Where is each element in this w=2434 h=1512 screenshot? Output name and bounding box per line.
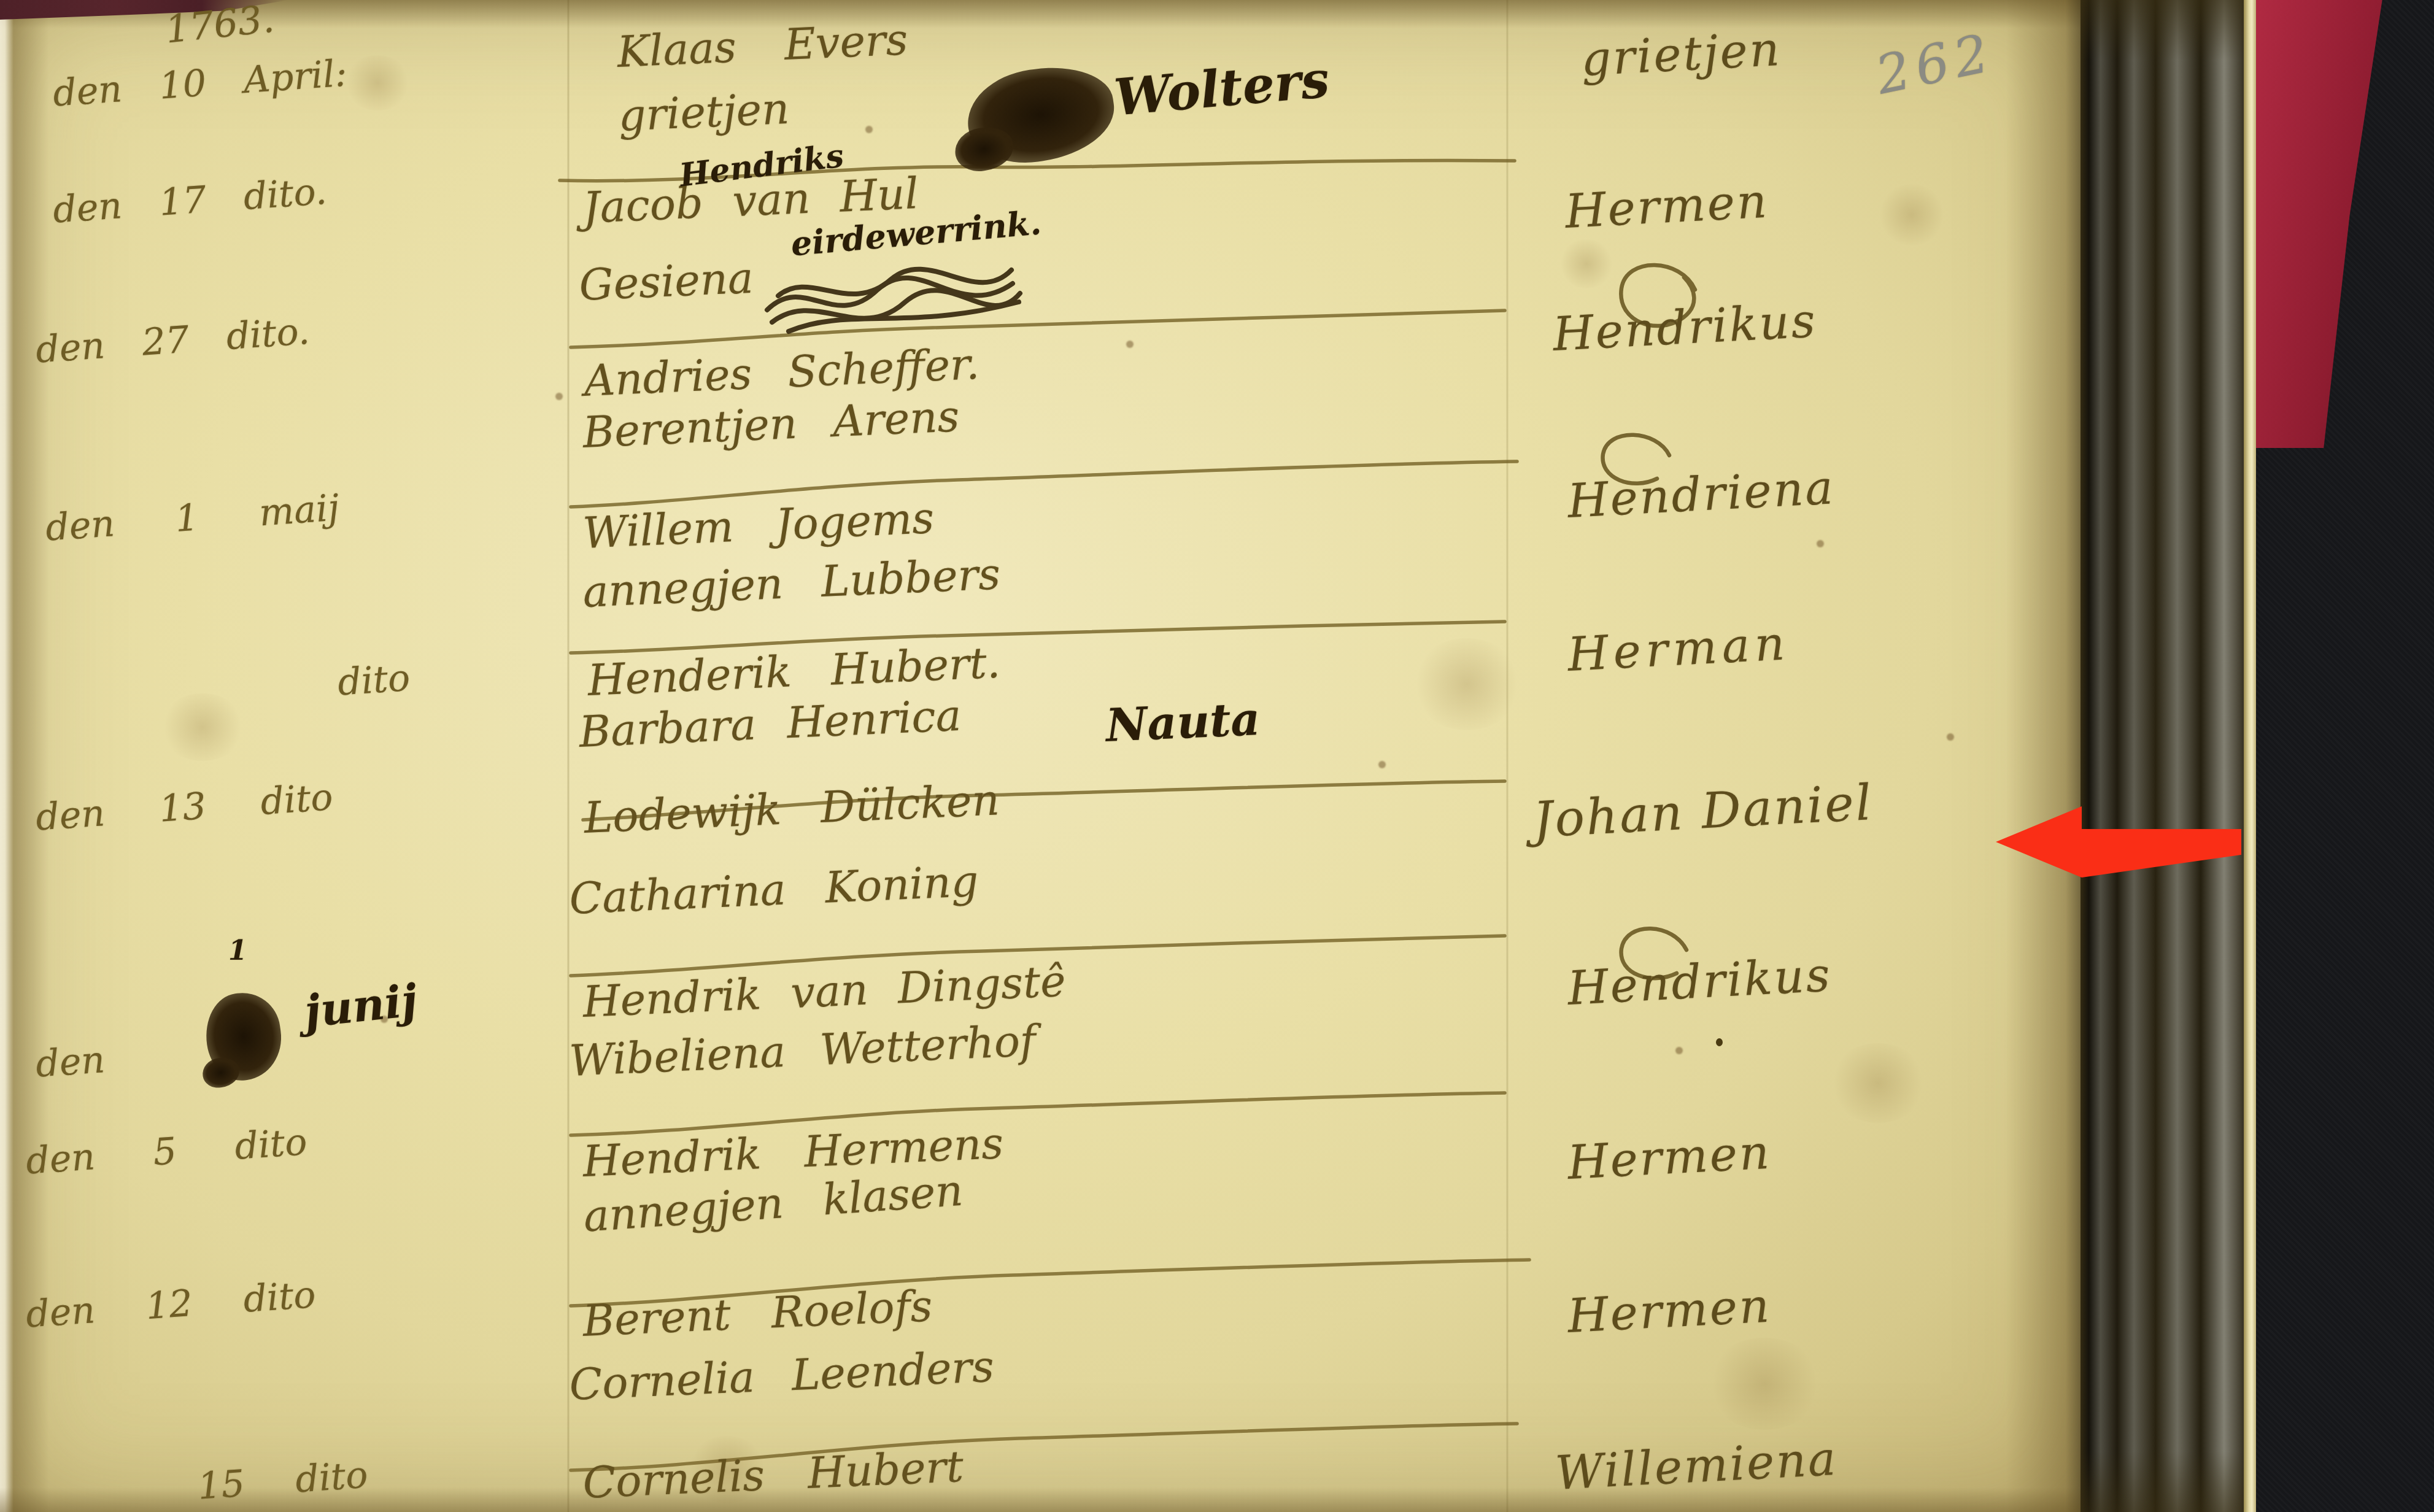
- child-name: Herman: [1566, 615, 1791, 682]
- child-name: grietjen: [1580, 21, 1783, 87]
- paper-stain: [344, 55, 411, 110]
- page-left-edge-shadow: [0, 0, 49, 1512]
- foxing-spot: [1675, 1047, 1683, 1054]
- mother-surname: Nauta: [1105, 693, 1261, 752]
- register-page-scan: 1763. 262 den 10 April: Klaas Evers grie…: [0, 0, 2434, 1512]
- child-name: Hermen: [1566, 1278, 1772, 1343]
- paper-stain: [160, 693, 245, 761]
- child-name: Hermen: [1564, 174, 1770, 239]
- ink-period-dot: [1716, 1038, 1723, 1046]
- entry-date-prefix: den: [34, 1038, 106, 1086]
- foxing-spot: [1126, 341, 1134, 348]
- paper-stain: [1559, 239, 1614, 288]
- paper-stain: [1878, 184, 1945, 245]
- paper-stain: [1412, 638, 1522, 730]
- book-fore-edge-shading: [2080, 0, 2247, 1512]
- page-right-edge-shadow: [2006, 0, 2080, 1512]
- foxing-spot: [1817, 540, 1824, 547]
- page-edge-highlight: [2244, 0, 2257, 1512]
- mother-name: grietjen: [617, 83, 790, 141]
- child-name: Hermen: [1566, 1125, 1772, 1190]
- foxing-spot: [555, 393, 563, 400]
- paper-stain: [1706, 1338, 1823, 1430]
- entry-date: dito: [336, 657, 411, 704]
- foxing-spot: [1947, 733, 1954, 741]
- mother-name: Gesiena: [578, 253, 754, 310]
- day-correction-superscript: 1: [228, 935, 247, 966]
- paper-stain: [1829, 1043, 1927, 1123]
- foxing-spot: [865, 126, 873, 133]
- foxing-spot: [1378, 761, 1386, 768]
